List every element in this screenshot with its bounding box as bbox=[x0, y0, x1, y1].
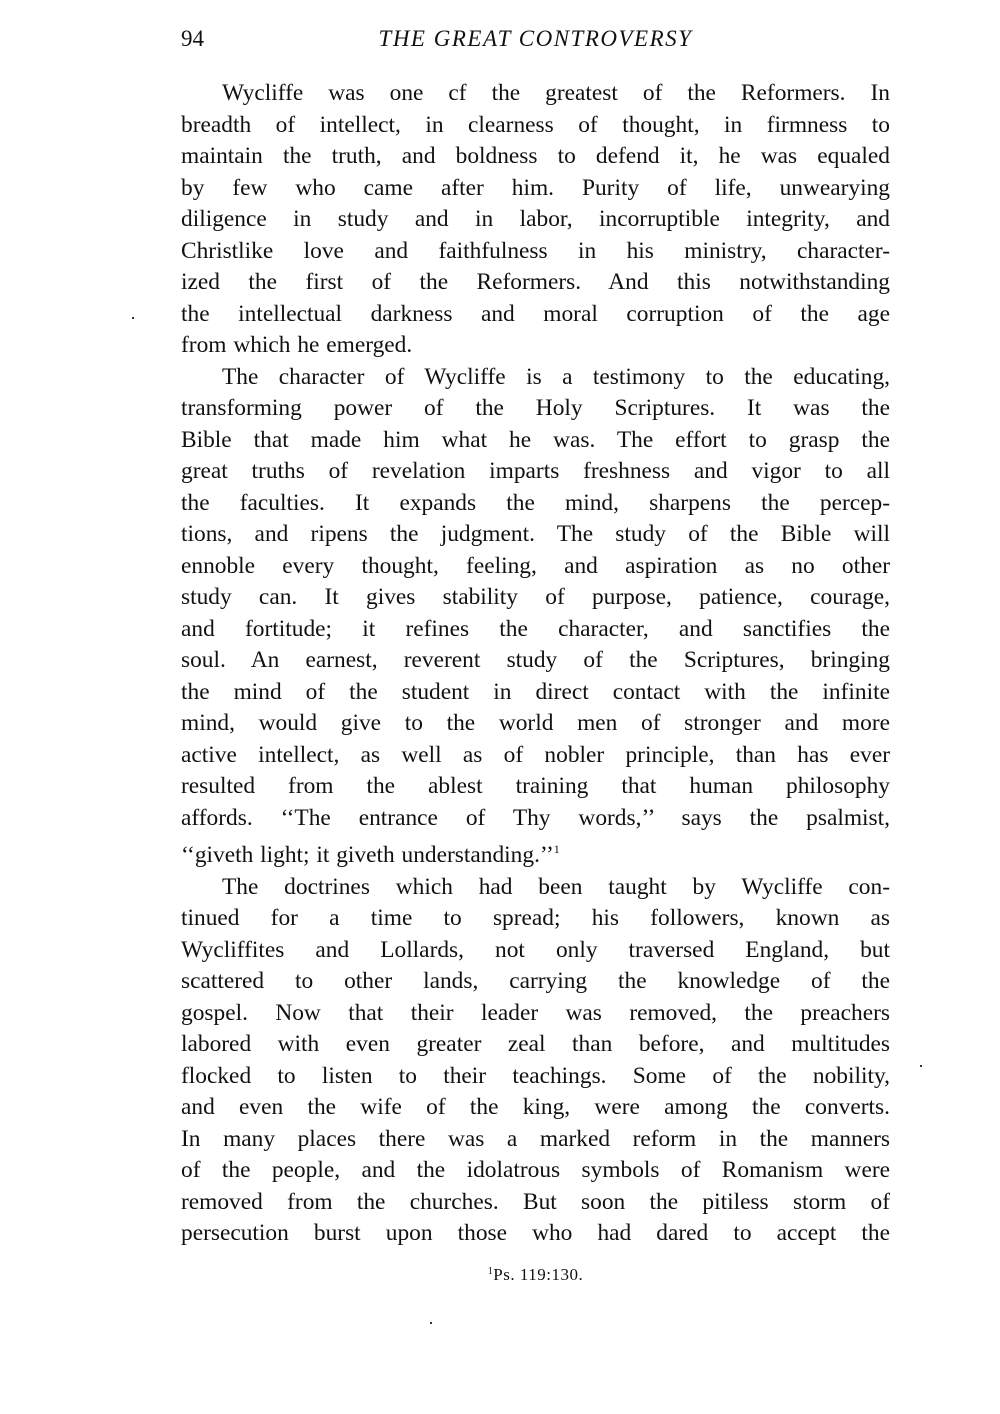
footnote-reference[interactable]: 1 bbox=[554, 842, 560, 856]
book-page: 94 THE GREAT CONTROVERSY Wycliffe was on… bbox=[0, 0, 1000, 1414]
footnote: 1Ps. 119:130. bbox=[181, 1260, 890, 1287]
text-line: of the people, and the idolatrous symbol… bbox=[181, 1155, 890, 1187]
text-line: study can. It gives stability of purpose… bbox=[181, 582, 890, 614]
text-line: the intellectual darkness and moral corr… bbox=[181, 299, 890, 331]
scan-speck bbox=[920, 1065, 922, 1067]
text-line: mind, would give to the world men of str… bbox=[181, 708, 890, 740]
running-head: 94 THE GREAT CONTROVERSY bbox=[181, 22, 890, 56]
text-line: Christlike love and faithfulness in his … bbox=[181, 236, 890, 268]
text-line: from which he emerged. bbox=[181, 330, 890, 362]
text-line: ized the first of the Reformers. And thi… bbox=[181, 267, 890, 299]
text-line: diligence in study and in labor, incorru… bbox=[181, 204, 890, 236]
text-line: The character of Wycliffe is a testimony… bbox=[181, 362, 890, 394]
scan-speck bbox=[132, 317, 134, 319]
text-line: Bible that made him what he was. The eff… bbox=[181, 425, 890, 457]
paragraph-character-of-wycliffe: The character of Wycliffe is a testimony… bbox=[181, 362, 890, 872]
text-line: soul. An earnest, reverent study of the … bbox=[181, 645, 890, 677]
text-line: by few who came after him. Purity of lif… bbox=[181, 173, 890, 205]
text-line: and fortitude; it refines the character,… bbox=[181, 614, 890, 646]
text-line: scattered to other lands, carrying the k… bbox=[181, 966, 890, 998]
text-line: persecution burst upon those who had dar… bbox=[181, 1218, 890, 1250]
body-text: Wycliffe was one cf the greatest of the … bbox=[181, 78, 890, 1250]
text-line: transforming power of the Holy Scripture… bbox=[181, 393, 890, 425]
text-line: In many places there was a marked reform… bbox=[181, 1124, 890, 1156]
paragraph-wycliffe-greatest: Wycliffe was one cf the greatest of the … bbox=[181, 78, 890, 362]
text-line: breadth of intellect, in clearness of th… bbox=[181, 110, 890, 142]
text-line: ‘‘giveth light; it giveth understanding.… bbox=[181, 842, 554, 868]
text-line: ennoble every thought, feeling, and aspi… bbox=[181, 551, 890, 583]
text-line: The doctrines which had been taught by W… bbox=[181, 872, 890, 904]
text-line: active intellect, as well as of nobler p… bbox=[181, 740, 890, 772]
text-line-with-footnote: ‘‘giveth light; it giveth understanding.… bbox=[181, 834, 890, 872]
footnote-text: Ps. 119:130. bbox=[493, 1265, 583, 1284]
text-line: tinued for a time to spread; his followe… bbox=[181, 903, 890, 935]
text-line: affords. ‘‘The entrance of Thy words,’’ … bbox=[181, 803, 890, 835]
text-line: gospel. Now that their leader was remove… bbox=[181, 998, 890, 1030]
text-line: and even the wife of the king, were amon… bbox=[181, 1092, 890, 1124]
text-line: flocked to listen to their teachings. So… bbox=[181, 1061, 890, 1093]
text-line: the faculties. It expands the mind, shar… bbox=[181, 488, 890, 520]
text-line: the mind of the student in direct contac… bbox=[181, 677, 890, 709]
text-line: labored with even greater zeal than befo… bbox=[181, 1029, 890, 1061]
text-line: Wycliffe was one cf the greatest of the … bbox=[181, 78, 890, 110]
scan-speck bbox=[430, 1322, 432, 1324]
running-title: THE GREAT CONTROVERSY bbox=[181, 22, 890, 56]
text-line: Wycliffites and Lollards, not only trave… bbox=[181, 935, 890, 967]
text-line: removed from the churches. But soon the … bbox=[181, 1187, 890, 1219]
text-line: maintain the truth, and boldness to defe… bbox=[181, 141, 890, 173]
text-line: resulted from the ablest training that h… bbox=[181, 771, 890, 803]
paragraph-doctrines-spread: The doctrines which had been taught by W… bbox=[181, 872, 890, 1250]
text-line: great truths of revelation imparts fresh… bbox=[181, 456, 890, 488]
text-line: tions, and ripens the judgment. The stud… bbox=[181, 519, 890, 551]
